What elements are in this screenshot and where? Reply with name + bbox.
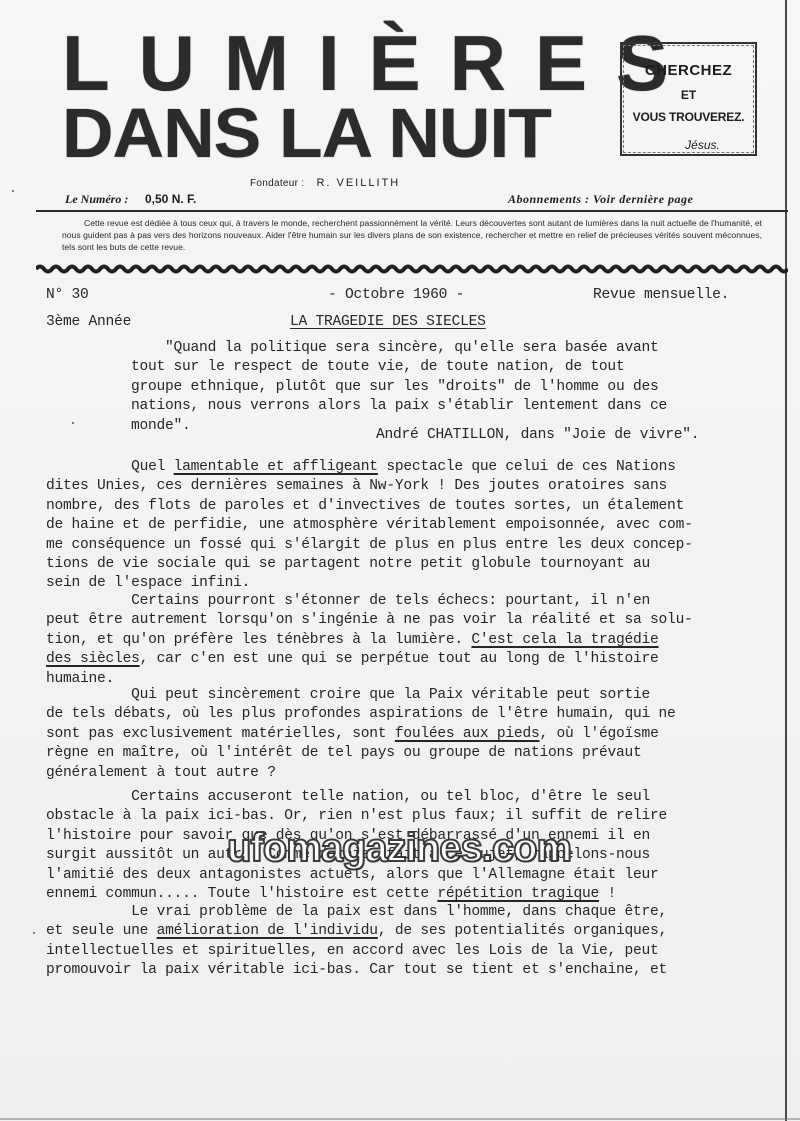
underlined-phrase: foulées aux pieds xyxy=(395,726,540,742)
paper-speck xyxy=(72,422,74,424)
article-title: LA TRAGEDIE DES SIECLES xyxy=(290,314,486,330)
underlined-phrase: C'est cela la tragédie xyxy=(471,632,658,648)
wave-divider xyxy=(36,262,788,276)
document-page: LUMIÈRES DANS LA NUIT CHERCHEZ ET VOUS T… xyxy=(0,0,800,1121)
page-border-bottom xyxy=(0,1118,800,1120)
motto-box: CHERCHEZ ET VOUS TROUVEREZ. Jésus. xyxy=(620,42,757,156)
issue-frequency: Revue mensuelle. xyxy=(593,287,729,303)
masthead-title-line2: DANS LA NUIT xyxy=(62,98,551,168)
paper-speck xyxy=(12,190,14,192)
article-paragraph: Le vrai problème de la paix est dans l'h… xyxy=(46,903,667,981)
masthead-rule xyxy=(36,210,788,212)
article-paragraph: Certains pourront s'étonner de tels éche… xyxy=(46,592,693,689)
underlined-phrase: amélioration de l'individu xyxy=(157,923,378,939)
founder-name: R. VEILLITH xyxy=(316,177,400,189)
issue-number: N° 30 xyxy=(46,287,89,303)
founder-line: Fondateur :R. VEILLITH xyxy=(250,177,400,189)
article-paragraph: Qui peut sincèrement croire que la Paix … xyxy=(46,686,676,783)
paper-speck xyxy=(33,932,35,934)
underlined-phrase: répétition tragique xyxy=(437,886,599,902)
underlined-phrase: lamentable et affligeant xyxy=(174,459,378,475)
motto-attribution: Jésus. xyxy=(636,138,769,152)
price-value: 0,50 N. F. xyxy=(145,192,196,206)
watermark: ufomagazines.com xyxy=(227,826,571,871)
founder-label: Fondateur : xyxy=(250,178,304,189)
issue-date: - Octobre 1960 - xyxy=(328,287,464,303)
masthead-title-line1: LUMIÈRES xyxy=(62,24,697,102)
epigraph-quote: "Quand la politique sera sincère, qu'ell… xyxy=(131,339,667,436)
mission-statement: Cette revue est dédiée à tous ceux qui, … xyxy=(62,217,762,253)
issue-year: 3ème Année xyxy=(46,314,131,330)
motto-line1: CHERCHEZ xyxy=(622,62,755,79)
motto-line2: ET xyxy=(622,88,755,102)
epigraph-attribution: André CHATILLON, dans "Joie de vivre". xyxy=(376,427,699,443)
page-border-right xyxy=(785,0,787,1121)
price-label: Le Numéro : xyxy=(65,192,128,207)
article-paragraph: Quel lamentable et affligeant spectacle … xyxy=(46,458,693,594)
motto-line3: VOUS TROUVEREZ. xyxy=(622,110,755,124)
subscriptions-note: Abonnements : Voir dernière page xyxy=(508,192,693,207)
underlined-phrase: des siècles xyxy=(46,651,140,667)
